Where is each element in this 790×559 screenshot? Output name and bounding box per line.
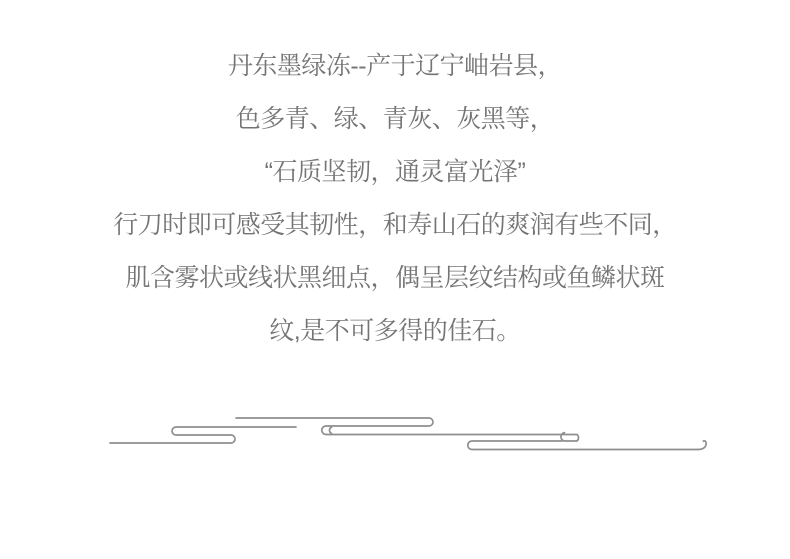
description-text: 丹东墨绿冻--产于辽宁岫岩县， 色多青、绿、青灰、灰黑等， “石质坚韧，通灵富光… (0, 40, 790, 358)
text-line-4: 行刀时即可感受其韧性，和寿山石的爽润有些不同， (0, 199, 790, 252)
cloud-line-svg (0, 402, 790, 462)
text-line-1: 丹东墨绿冻--产于辽宁岫岩县， (0, 40, 790, 93)
cloud-stroke-right-scroll (468, 441, 706, 450)
cloud-line-ornament (0, 402, 790, 462)
text-line-5: 肌含雾状或线状黑细点，偶呈层纹结构或鱼鳞状斑 (0, 252, 790, 305)
text-line-3: “石质坚韧，通灵富光泽” (0, 146, 790, 199)
cloud-stroke-left-scroll (110, 427, 296, 443)
cloud-stroke-middle-curl (329, 427, 331, 433)
text-line-2: 色多青、绿、青灰、灰黑等， (0, 93, 790, 146)
cloud-stroke-middle-scroll (236, 418, 579, 441)
text-line-6: 纹,是不可多得的佳石。 (0, 305, 790, 358)
stone-description-card: 丹东墨绿冻--产于辽宁岫岩县， 色多青、绿、青灰、灰黑等， “石质坚韧，通灵富光… (0, 0, 790, 559)
